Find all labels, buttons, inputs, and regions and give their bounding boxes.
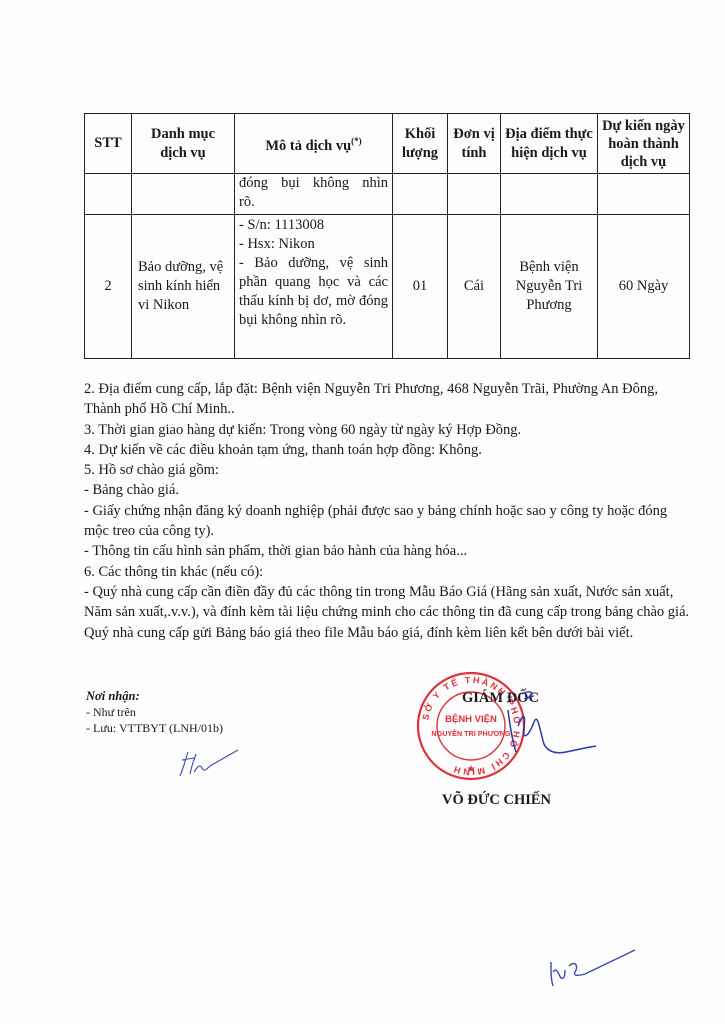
header-location: Địa điểm thực hiện dịch vụ [501, 114, 598, 174]
header-unit: Đơn vị tính [448, 114, 501, 174]
service-table: STT Danh mục dịch vụ Mô tả dịch vụ(*) Kh… [84, 113, 690, 359]
cell-quantity: 01 [393, 215, 448, 359]
director-name: VÕ ĐỨC CHIẾN [442, 792, 551, 809]
initials-signature-icon [176, 746, 246, 782]
body-line: 3. Thời gian giao hàng dự kiến: Trong vò… [84, 420, 694, 440]
cell-stt: 2 [85, 215, 132, 359]
cell-category: Bảo dưỡng, vệ sinh kính hiển vi Nikon [132, 215, 235, 359]
recipient-item: - Lưu: VTTBYT (LNH/01b) [86, 720, 223, 736]
header-description: Mô tả dịch vụ(*) [235, 114, 393, 174]
cell-empty [501, 174, 598, 215]
table-header-row: STT Danh mục dịch vụ Mô tả dịch vụ(*) Kh… [85, 114, 690, 174]
recipient-item: - Như trên [86, 704, 223, 720]
cell-unit: Cái [448, 215, 501, 359]
header-completion: Dự kiến ngày hoàn thành dịch vụ [598, 114, 690, 174]
description-line: - Bảo dưỡng, vệ sinh phần quang học và c… [239, 254, 388, 330]
cell-empty [132, 174, 235, 215]
description-line: - Hsx: Nikon [239, 235, 388, 254]
cell-location: Bệnh viện Nguyễn Tri Phương [501, 215, 598, 359]
cell-completion: 60 Ngày [598, 215, 690, 359]
body-line: - Giấy chứng nhận đăng ký doanh nghiệp (… [84, 501, 694, 542]
recipients-block: Nơi nhận: - Như trên - Lưu: VTTBYT (LNH/… [86, 688, 223, 736]
header-quantity: Khối lượng [393, 114, 448, 174]
description-line: - S/n: 1113008 [239, 216, 388, 235]
body-line: 5. Hồ sơ chào giá gồm: [84, 460, 694, 480]
body-line: 2. Địa điểm cung cấp, lắp đặt: Bệnh viện… [84, 379, 694, 420]
body-text: 2. Địa điểm cung cấp, lắp đặt: Bệnh viện… [84, 379, 694, 643]
header-category: Danh mục dịch vụ [132, 114, 235, 174]
recipients-title: Nơi nhận: [86, 688, 223, 704]
svg-text:★: ★ [467, 764, 476, 775]
table-row-continuation: đóng bụi không nhìn rõ. [85, 174, 690, 215]
header-description-label: Mô tả dịch vụ [265, 137, 351, 153]
table-row: 2 Bảo dưỡng, vệ sinh kính hiển vi Nikon … [85, 215, 690, 359]
description-line: rõ. [239, 193, 388, 212]
cell-empty [448, 174, 501, 215]
director-signature-icon [500, 682, 600, 762]
cell-description: - S/n: 1113008 - Hsx: Nikon - Bảo dưỡng,… [235, 215, 393, 359]
body-line: - Quý nhà cung cấp cần điền đầy đủ các t… [84, 582, 694, 623]
page-initials-icon [545, 942, 645, 992]
body-line: - Thông tin cấu hình sản phẩm, thời gian… [84, 541, 694, 561]
body-line: - Bảng chào giá. [84, 480, 694, 500]
header-description-note: (*) [351, 136, 362, 146]
cell-empty [85, 174, 132, 215]
document-page: STT Danh mục dịch vụ Mô tả dịch vụ(*) Kh… [0, 0, 725, 1024]
description-line: đóng bụi không nhìn [239, 174, 388, 193]
cell-description: đóng bụi không nhìn rõ. [235, 174, 393, 215]
body-line: 4. Dự kiến về các điều khoản tạm ứng, th… [84, 440, 694, 460]
body-line: Quý nhà cung cấp gửi Bảng báo giá theo f… [84, 623, 694, 643]
cell-empty [393, 174, 448, 215]
header-stt: STT [85, 114, 132, 174]
cell-empty [598, 174, 690, 215]
body-line: 6. Các thông tin khác (nếu có): [84, 562, 694, 582]
svg-text:BỆNH VIỆN: BỆNH VIỆN [445, 713, 497, 725]
